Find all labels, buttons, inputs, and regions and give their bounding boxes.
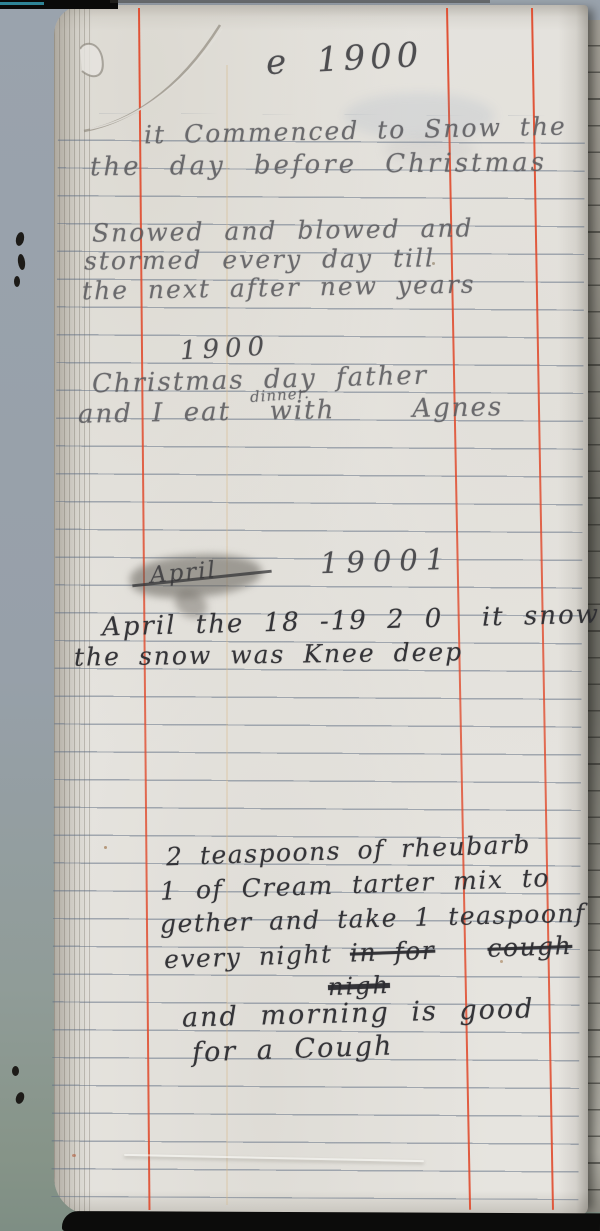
paper-speck [72,1154,76,1157]
diary-line: Snowed and blowed and [92,214,474,247]
scanned-diary-photo: e 1900 it Commenced to Snow the the day … [0,0,600,1231]
diary-line: the day before Christmas [90,149,547,182]
year-label: 1900 [179,333,271,366]
binding-ink-mark [14,1091,26,1105]
binding-ink-mark [12,1066,19,1076]
paper-speck [104,846,107,849]
binding-ink-mark [14,276,20,287]
struck-word: cough [487,931,573,963]
diary-line: the snow was Knee deep [74,638,464,671]
scan-edge-bottom [62,1211,600,1231]
notebook-page: e 1900 it Commenced to Snow the the day … [54,5,588,1215]
binding-ink-mark [17,254,26,271]
binding-ink-mark [15,231,26,246]
struck-word: in for [349,936,435,968]
scan-accent-line [0,2,44,5]
paper-speck [432,262,435,265]
word-gap [435,934,488,965]
heading-year-1900: e 1900 [265,37,424,83]
struck-word-nigh: nigh [328,972,391,1001]
year-label-1901: 19001 [319,544,452,580]
paper-speck [500,960,503,963]
scan-edge-hairline [110,0,490,3]
